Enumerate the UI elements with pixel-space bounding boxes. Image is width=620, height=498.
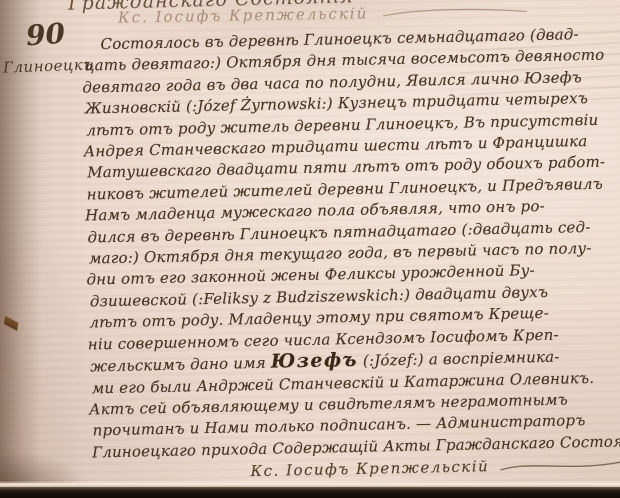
signature-flourish <box>381 5 531 20</box>
name-line-before: жельскимъ дано имя <box>90 354 271 376</box>
previous-record-signature-text: Кс. Іосифъ Крепжельскій <box>118 4 369 26</box>
scanned-register-page: Гражданскаго Состоянія Кс. Іосифъ Крепже… <box>0 0 620 498</box>
name-line-after: (:Józef:) а воспріемника- <box>358 348 560 370</box>
signature-flourish <box>498 456 620 475</box>
priest-signature-text: Кс. Іосифъ Крепжельскій <box>250 457 489 480</box>
record-body: Состоялось въ деревнѣ Глиноецкъ семьнадц… <box>83 24 616 486</box>
scan-background-band <box>0 487 620 498</box>
baby-given-name: Юзефъ <box>271 349 359 373</box>
